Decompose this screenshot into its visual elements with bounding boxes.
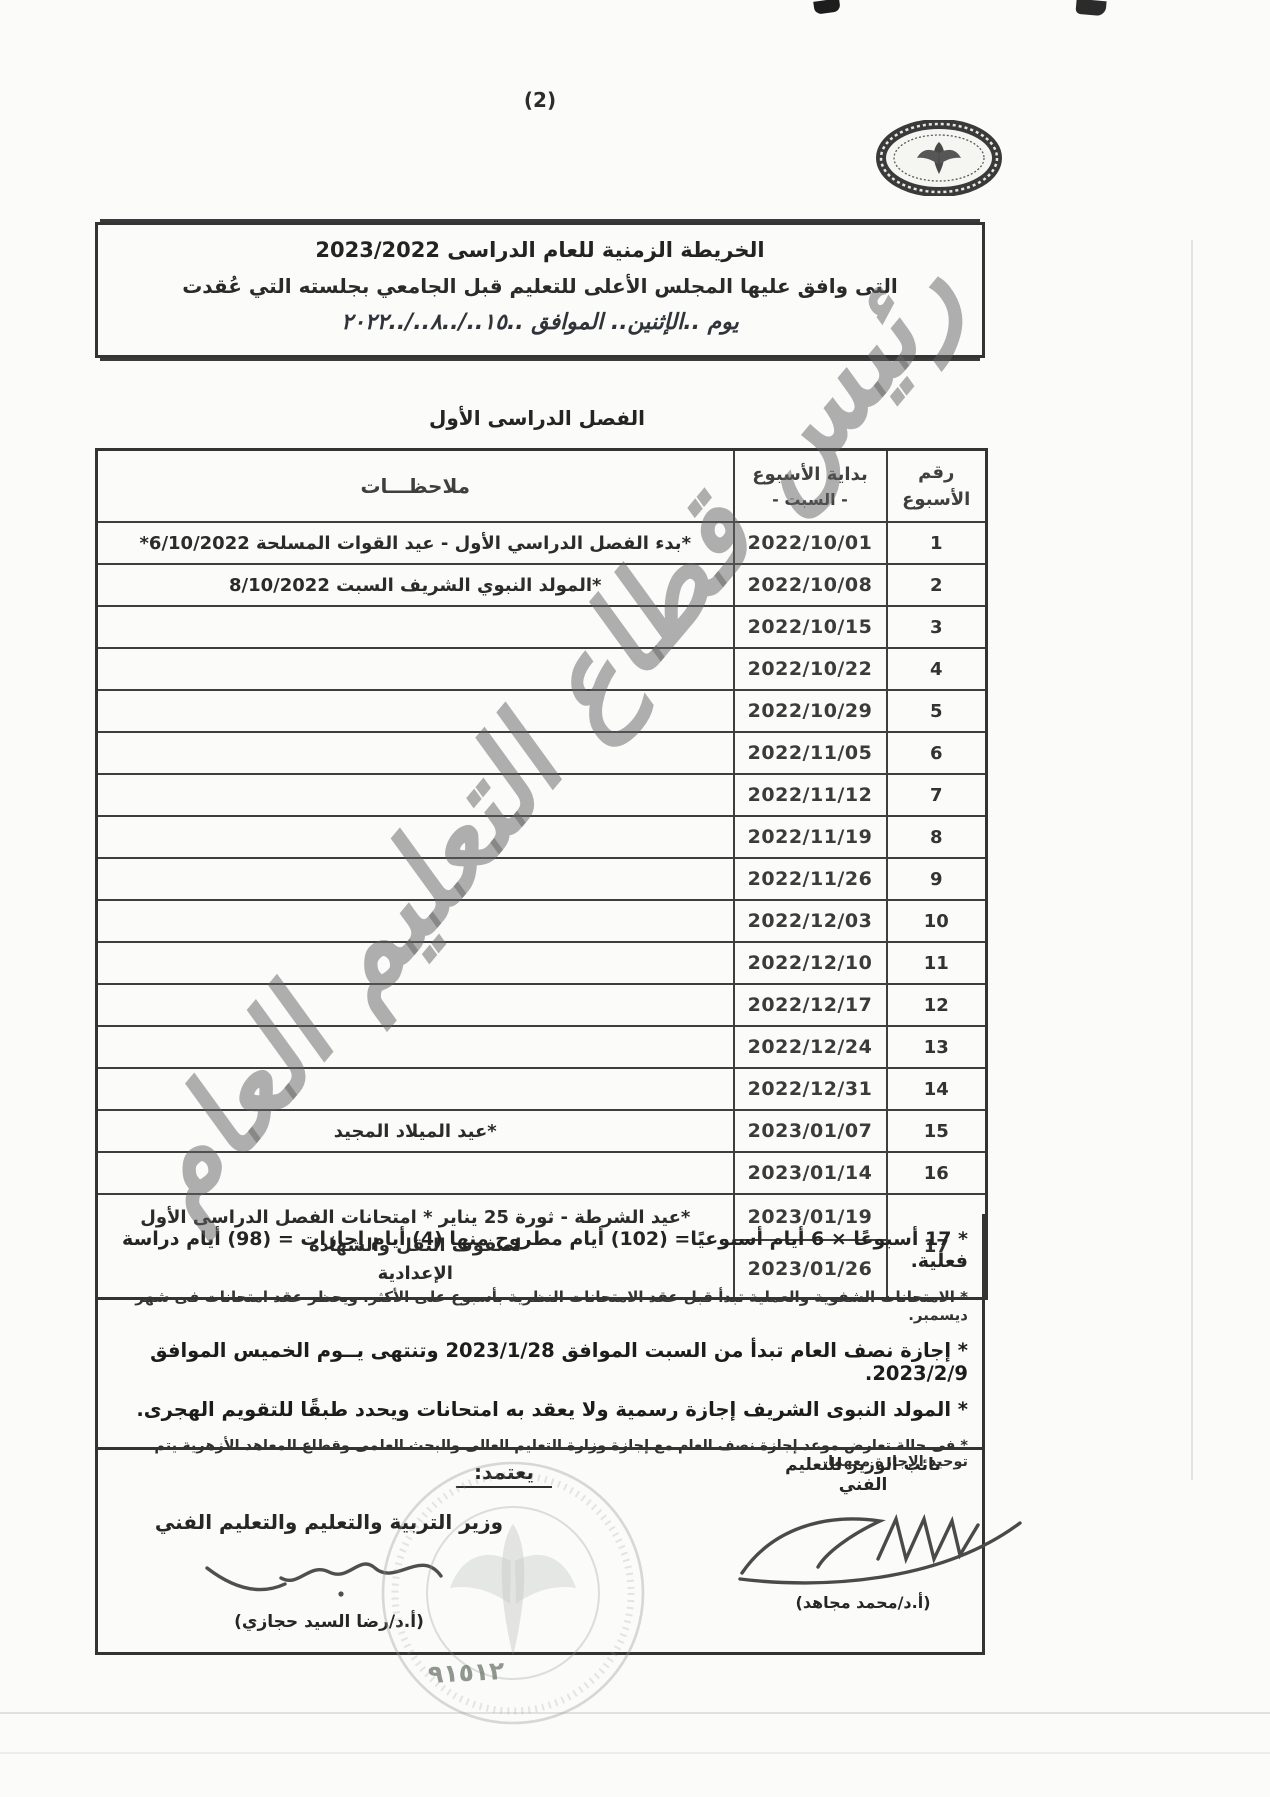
table-row: 11 2022/12/10 <box>97 942 987 984</box>
signature-section: يعتمد: نائب الوزير للتعليم الفني (أ.د/مح… <box>98 1447 982 1652</box>
ministry-emblem-icon <box>876 120 1002 196</box>
notes-cell <box>97 816 734 858</box>
week-number-cell: 14 <box>887 1068 987 1110</box>
week-number-cell: 15 <box>887 1110 987 1152</box>
week-number-cell: 9 <box>887 858 987 900</box>
minister-title: وزير التربية والتعليم والتعليم الفني <box>124 1510 534 1534</box>
handwritten-session-date: يوم ..الإثنين.. الموافق ..١٥../..٨../..٢… <box>98 310 982 335</box>
scan-edge-line <box>0 1752 1270 1754</box>
minister-signature-block: وزير التربية والتعليم والتعليم الفني (أ.… <box>124 1510 534 1632</box>
footnote: * إجازة نصف العام تبدأ من السبت الموافق … <box>112 1339 968 1385</box>
deputy-minister-signature-block: نائب الوزير للتعليم الفني (أ.د/محمد مجاه… <box>758 1455 968 1612</box>
week-number-cell: 4 <box>887 648 987 690</box>
week-start-header: بداية الأسبوع - السبت - <box>734 450 887 523</box>
footnote: * الامتحانات الشفوية والعملية تبدأ قبل ع… <box>112 1288 968 1324</box>
week-start-date-cell: 2022/11/19 <box>734 816 887 858</box>
notes-cell: *المولد النبوي الشريف السبت 8/10/2022 <box>97 564 734 606</box>
notes-cell <box>97 732 734 774</box>
table-row: 6 2022/11/05 <box>97 732 987 774</box>
approval-label: يعتمد: <box>456 1460 552 1488</box>
week-start-date-cell: 2022/12/31 <box>734 1068 887 1110</box>
week-number-cell: 6 <box>887 732 987 774</box>
week-start-date-cell: 2023/01/14 <box>734 1152 887 1194</box>
lower-section: * 17 أسبوعًا × 6 أيام أسبوعيًا= (102) أي… <box>95 1214 985 1655</box>
table-row: 8 2022/11/19 <box>97 816 987 858</box>
notes-cell <box>97 1068 734 1110</box>
table-row: 10 2022/12/03 <box>97 900 987 942</box>
table-row: 15 2023/01/07 *عيد الميلاد المجيد <box>97 1110 987 1152</box>
minister-name: (أ.د/رضا السيد حجازي) <box>124 1612 534 1632</box>
notes-cell: *بدء الفصل الدراسي الأول - عيد القوات ال… <box>97 522 734 564</box>
table-row: 4 2022/10/22 <box>97 648 987 690</box>
scan-edge-line <box>0 1712 1270 1714</box>
week-start-date-cell: 2022/11/05 <box>734 732 887 774</box>
week-number-cell: 11 <box>887 942 987 984</box>
week-number-cell: 1 <box>887 522 987 564</box>
notes-cell <box>97 606 734 648</box>
week-start-date-cell: 2022/12/03 <box>734 900 887 942</box>
week-start-date-cell: 2022/10/22 <box>734 648 887 690</box>
notes-header: ملاحظـــات <box>97 450 734 523</box>
table-row: 2 2022/10/08 *المولد النبوي الشريف السبت… <box>97 564 987 606</box>
week-number-cell: 12 <box>887 984 987 1026</box>
week-start-date-cell: 2022/10/01 <box>734 522 887 564</box>
page-number: (2) <box>480 88 600 112</box>
footnote: * المولد النبوى الشريف إجازة رسمية ولا ي… <box>112 1398 968 1421</box>
table-row: 5 2022/10/29 <box>97 690 987 732</box>
notes-cell <box>97 690 734 732</box>
stamp-number: ٩١٥١٢ <box>427 1656 505 1689</box>
week-number-cell: 7 <box>887 774 987 816</box>
notes-cell <box>97 984 734 1026</box>
notes-cell <box>97 648 734 690</box>
table-row: 1 2022/10/01 *بدء الفصل الدراسي الأول - … <box>97 522 987 564</box>
scan-artifact-mark <box>1075 0 1106 16</box>
week-number-header: رقم الأسبوع <box>887 450 987 523</box>
week-number-cell: 3 <box>887 606 987 648</box>
week-start-date-cell: 2022/12/17 <box>734 984 887 1026</box>
deputy-minister-name: (أ.د/محمد مجاهد) <box>758 1593 968 1612</box>
semester-schedule-table: رقم الأسبوع بداية الأسبوع - السبت - ملاح… <box>95 448 988 1300</box>
week-start-date-cell: 2022/11/12 <box>734 774 887 816</box>
notes-cell <box>97 774 734 816</box>
document-title: الخريطة الزمنية للعام الدراسى 2023/2022 <box>98 238 982 262</box>
notes-cell <box>97 900 734 942</box>
table-row: 16 2023/01/14 <box>97 1152 987 1194</box>
notes-cell <box>97 942 734 984</box>
week-start-date-cell: 2022/12/24 <box>734 1026 887 1068</box>
week-start-date-cell: 2022/11/26 <box>734 858 887 900</box>
document-subtitle: التى وافق عليها المجلس الأعلى للتعليم قب… <box>98 274 982 298</box>
week-number-cell: 16 <box>887 1152 987 1194</box>
table-row: 3 2022/10/15 <box>97 606 987 648</box>
table-row: 14 2022/12/31 <box>97 1068 987 1110</box>
scanned-document-page: (2) الخريطة الزمنية للعام الدراسى 2023/2… <box>0 0 1270 1797</box>
table-header-row: رقم الأسبوع بداية الأسبوع - السبت - ملاح… <box>97 450 987 523</box>
notes-cell: *عيد الميلاد المجيد <box>97 1110 734 1152</box>
week-start-date-cell: 2023/01/07 <box>734 1110 887 1152</box>
week-number-cell: 8 <box>887 816 987 858</box>
table-row: 9 2022/11/26 <box>97 858 987 900</box>
table-row: 13 2022/12/24 <box>97 1026 987 1068</box>
table-row: 7 2022/11/12 <box>97 774 987 816</box>
week-number-cell: 2 <box>887 564 987 606</box>
week-number-cell: 10 <box>887 900 987 942</box>
footnotes: * 17 أسبوعًا × 6 أيام أسبوعيًا= (102) أي… <box>98 1214 982 1470</box>
week-number-cell: 5 <box>887 690 987 732</box>
deputy-minister-title: نائب الوزير للتعليم الفني <box>758 1455 968 1495</box>
deputy-minister-signature-icon <box>728 1497 1028 1589</box>
table-row: 12 2022/12/17 <box>97 984 987 1026</box>
semester-section-title: الفصل الدراسى الأول <box>95 406 979 430</box>
week-start-date-cell: 2022/10/08 <box>734 564 887 606</box>
scan-edge-line <box>1191 240 1193 1480</box>
minister-signature-icon <box>189 1536 469 1608</box>
week-start-date-cell: 2022/10/29 <box>734 690 887 732</box>
notes-cell <box>97 858 734 900</box>
notes-cell <box>97 1152 734 1194</box>
document-header: الخريطة الزمنية للعام الدراسى 2023/2022 … <box>95 222 985 358</box>
week-number-cell: 13 <box>887 1026 987 1068</box>
week-start-date-cell: 2022/12/10 <box>734 942 887 984</box>
week-start-date-cell: 2022/10/15 <box>734 606 887 648</box>
footnote: * 17 أسبوعًا × 6 أيام أسبوعيًا= (102) أي… <box>112 1228 968 1272</box>
notes-cell <box>97 1026 734 1068</box>
scan-artifact-mark <box>813 0 841 15</box>
